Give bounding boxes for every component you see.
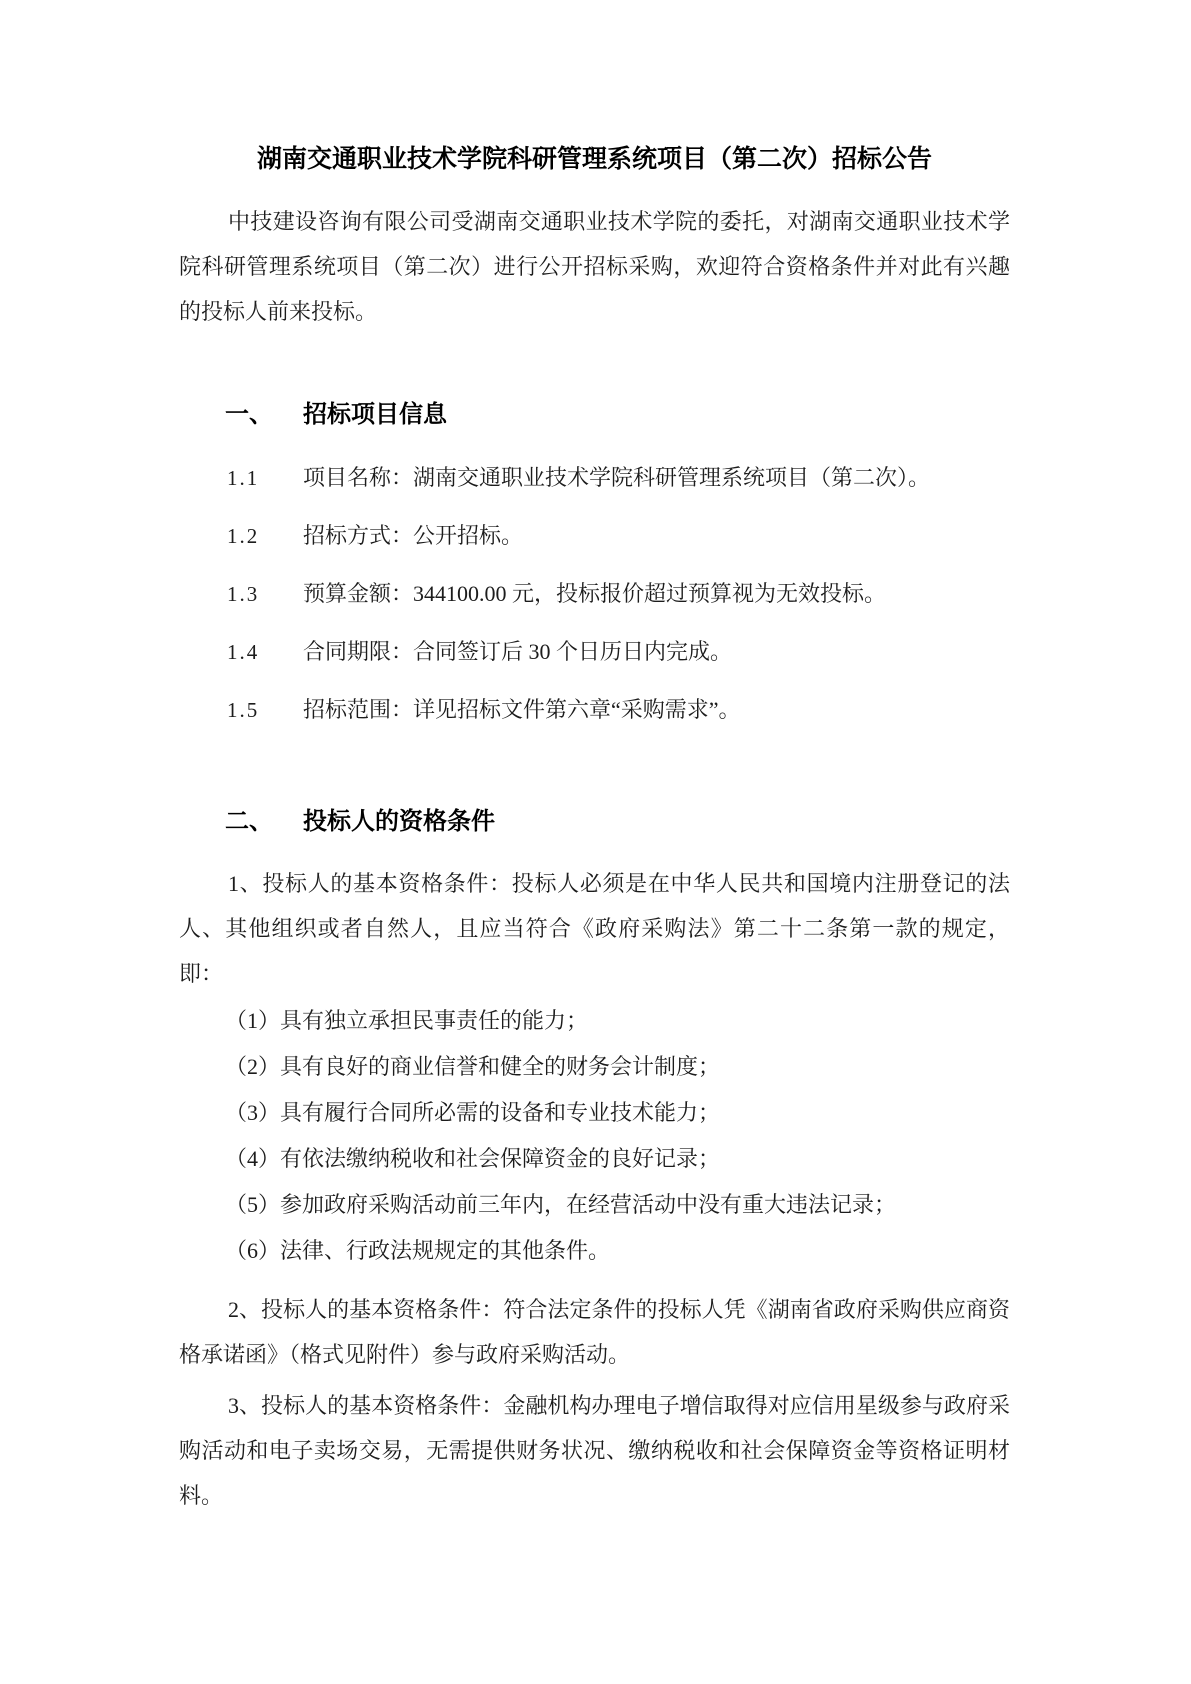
section-1-heading: 一、 招标项目信息	[179, 400, 1010, 430]
condition-list: （1）具有独立承担民事责任的能力； （2）具有良好的商业信誉和健全的财务会计制度…	[179, 998, 1010, 1274]
section-2-heading: 二、 投标人的资格条件	[179, 807, 1010, 837]
document-title: 湖南交通职业技术学院科研管理系统项目（第二次）招标公告	[179, 141, 1010, 177]
section-2-number: 二、	[225, 807, 303, 837]
list-item-1-3: 1.3 预算金额：344100.00 元，投标报价超过预算视为无效投标。	[179, 571, 1010, 617]
list-item-1-4: 1.4 合同期限：合同签订后 30 个日历日内完成。	[179, 629, 1010, 675]
item-text: 招标方式：公开招标。	[303, 513, 1010, 558]
condition-item: （6）法律、行政法规规定的其他条件。	[179, 1228, 1010, 1274]
item-text: 预算金额：344100.00 元，投标报价超过预算视为无效投标。	[303, 571, 1010, 616]
item-number: 1.1	[227, 456, 303, 501]
condition-item: （1）具有独立承担民事责任的能力；	[179, 998, 1010, 1044]
item-text: 合同期限：合同签订后 30 个日历日内完成。	[303, 629, 1010, 674]
section-1-number: 一、	[225, 400, 303, 430]
condition-item: （2）具有良好的商业信誉和健全的财务会计制度；	[179, 1044, 1010, 1090]
qualification-paragraph-2: 2、投标人的基本资格条件：符合法定条件的投标人凭《湖南省政府采购供应商资格承诺函…	[179, 1287, 1010, 1377]
condition-item: （3）具有履行合同所必需的设备和专业技术能力；	[179, 1090, 1010, 1136]
section-2-title: 投标人的资格条件	[303, 807, 1010, 837]
list-item-1-1: 1.1 项目名称：湖南交通职业技术学院科研管理系统项目（第二次）。	[179, 455, 1010, 501]
intro-paragraph: 中技建设咨询有限公司受湖南交通职业技术学院的委托，对湖南交通职业技术学院科研管理…	[179, 199, 1010, 334]
list-item-1-5: 1.5 招标范围：详见招标文件第六章“采购需求”。	[179, 687, 1010, 733]
item-number: 1.3	[227, 572, 303, 617]
item-text: 项目名称：湖南交通职业技术学院科研管理系统项目（第二次）。	[303, 455, 1010, 500]
item-number: 1.5	[227, 688, 303, 733]
list-item-1-2: 1.2 招标方式：公开招标。	[179, 513, 1010, 559]
item-text: 招标范围：详见招标文件第六章“采购需求”。	[303, 687, 1010, 732]
condition-item: （4）有依法缴纳税收和社会保障资金的良好记录；	[179, 1136, 1010, 1182]
section-1-title: 招标项目信息	[303, 400, 1010, 430]
section-1-items: 1.1 项目名称：湖南交通职业技术学院科研管理系统项目（第二次）。 1.2 招标…	[179, 455, 1010, 733]
item-number: 1.2	[227, 514, 303, 559]
condition-item: （5）参加政府采购活动前三年内，在经营活动中没有重大违法记录；	[179, 1182, 1010, 1228]
qualification-paragraph-3: 3、投标人的基本资格条件：金融机构办理电子增信取得对应信用星级参与政府采购活动和…	[179, 1383, 1010, 1518]
item-number: 1.4	[227, 630, 303, 675]
qualification-paragraph-1: 1、投标人的基本资格条件：投标人必须是在中华人民共和国境内注册登记的法人、其他组…	[179, 861, 1010, 996]
document-page: 湖南交通职业技术学院科研管理系统项目（第二次）招标公告 中技建设咨询有限公司受湖…	[0, 0, 1191, 1684]
